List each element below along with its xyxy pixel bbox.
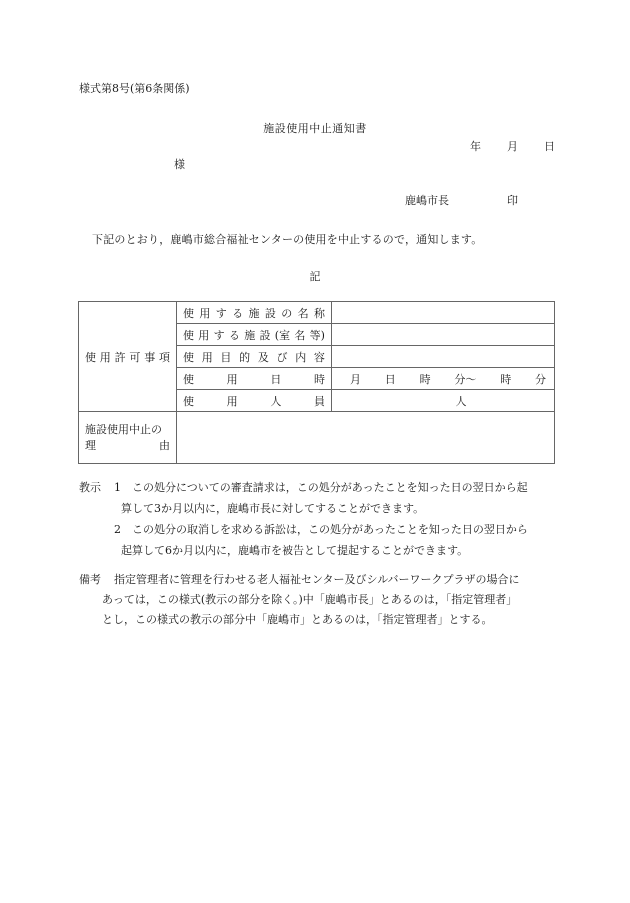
purpose-field[interactable] — [332, 346, 555, 368]
date-line: 年月日 — [470, 138, 555, 154]
remarks-line3: とし，この様式の教示の部分中「鹿嶋市」とあるのは，「指定管理者」とする。 — [79, 610, 520, 630]
minute-from-unit: 分〜 — [454, 371, 476, 387]
seal-mark: 印 — [507, 194, 518, 207]
document-title: 施設使用中止通知書 — [0, 120, 630, 136]
month-label: 月 — [507, 138, 518, 154]
issuer-name: 鹿嶋市長 — [405, 194, 449, 207]
remarks-line1: 指定管理者に管理を行わせる老人福祉センター及びシルバーワークプラザの場合に — [114, 570, 520, 590]
reason-label-char1: 理 — [85, 438, 96, 454]
year-label: 年 — [470, 138, 481, 154]
reason-label-line1: 施設使用中止の — [85, 422, 170, 438]
group-label-cell: 使用許可事項 — [79, 302, 177, 412]
notice-item-number: 2 — [114, 519, 132, 540]
body-text: 下記のとおり，鹿嶋市総合福祉センターの使用を中止するので，通知します。 — [92, 231, 482, 247]
reason-label-cell: 施設使用中止の 理 由 — [79, 412, 177, 464]
notice-item-2-line2: 起算して6か月以内に，鹿嶋市を被告として提起することができます。 — [79, 540, 528, 561]
reason-label-char2: 由 — [159, 438, 170, 454]
persons-field[interactable]: 人 — [332, 390, 555, 412]
row-label-persons: 使用人員 — [177, 390, 332, 412]
row-label-datetime: 使用日時 — [177, 368, 332, 390]
permit-details-table: 使用許可事項 使用する施設の名称 使用する施設(室名等) 使用目的及び内容 使用… — [78, 301, 555, 464]
row-label-facility-name: 使用する施設の名称 — [177, 302, 332, 324]
datetime-field[interactable]: 月 日 時 分〜 時 分 — [332, 368, 555, 390]
notice-label: 教示 — [79, 477, 114, 498]
reason-field[interactable] — [177, 412, 555, 464]
row-label-purpose: 使用目的及び内容 — [177, 346, 332, 368]
addressee-suffix: 様 — [174, 156, 185, 172]
day-unit: 日 — [385, 371, 396, 387]
remarks-label: 備考 — [79, 570, 114, 590]
table-row: 施設使用中止の 理 由 — [79, 412, 555, 464]
form-number: 様式第8号(第6条関係) — [79, 80, 190, 96]
ki-heading: 記 — [0, 268, 630, 284]
minute-to-unit: 分 — [535, 371, 546, 387]
notice-item-1-line2: 算して3か月以内に，鹿嶋市長に対してすることができます。 — [79, 498, 528, 519]
notice-item-number: 1 — [114, 477, 132, 498]
row-label-facility-room: 使用する施設(室名等) — [177, 324, 332, 346]
remarks-line2: あっては，この様式(教示の部分を除く。)中「鹿嶋市長」とあるのは，「指定管理者」 — [79, 590, 520, 610]
persons-unit: 人 — [338, 393, 548, 409]
hour-to-unit: 時 — [500, 371, 511, 387]
notice-item-2-line1: この処分の取消しを求める訴訟は，この処分があったことを知った日の翌日から — [132, 519, 528, 540]
issuer: 鹿嶋市長印 — [405, 192, 518, 208]
month-unit: 月 — [350, 371, 361, 387]
remarks-section: 備考 指定管理者に管理を行わせる老人福祉センター及びシルバーワークプラザの場合に… — [79, 570, 520, 630]
hour-unit: 時 — [420, 371, 431, 387]
group-label: 使用許可事項 — [85, 349, 170, 365]
notice-item-1-line1: この処分についての審査請求は，この処分があったことを知った日の翌日から起 — [132, 477, 528, 498]
facility-room-field[interactable] — [332, 324, 555, 346]
table-row: 使用許可事項 使用する施設の名称 — [79, 302, 555, 324]
day-label: 日 — [544, 138, 555, 154]
notice-section: 教示 1 この処分についての審査請求は，この処分があったことを知った日の翌日から… — [79, 477, 528, 561]
facility-name-field[interactable] — [332, 302, 555, 324]
